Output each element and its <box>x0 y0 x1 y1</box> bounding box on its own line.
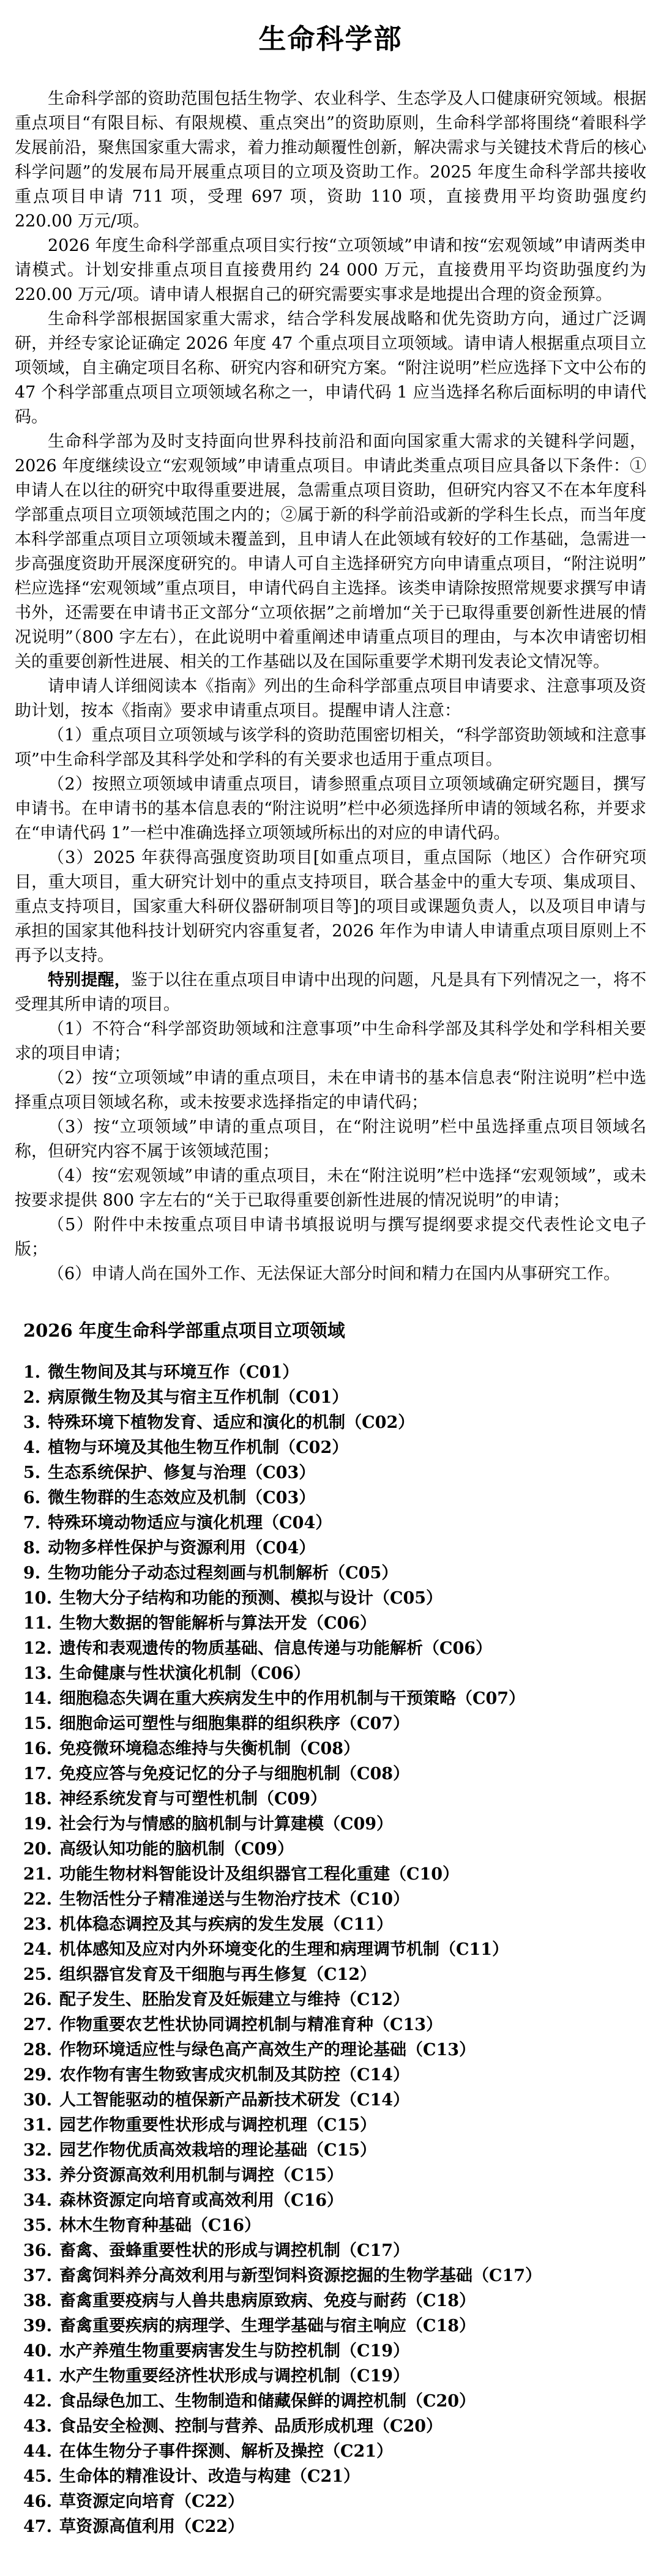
paragraph: （3）按“立项领域”申请的重点项目，在“附注说明”栏中虽选择重点项目领域名称，但… <box>15 1115 646 1164</box>
area-item: 4.植物与环境及其他生物互作机制（C02） <box>23 1435 646 1460</box>
area-label: 高级认知功能的脑机制（C09） <box>59 1840 294 1859</box>
area-number: 19. <box>23 1815 52 1834</box>
paragraph-text: （3）2025 年获得高强度资助项目[如重点项目，重点国际（地区）合作研究项目，… <box>15 848 646 965</box>
area-item: 10.生物大分子结构和功能的预测、模拟与设计（C05） <box>23 1586 646 1611</box>
area-number: 9. <box>23 1564 40 1583</box>
area-item: 15.细胞命运可塑性与细胞集群的组织秩序（C07） <box>23 1711 646 1736</box>
area-label: 生命健康与性状演化机制（C06） <box>59 1664 310 1683</box>
paragraph-text: （2）按照立项领域申请重点项目，请参照重点项目立项领域确定研究题目，撰写申请书。… <box>15 775 646 843</box>
area-label: 生命体的精准设计、改造与构建（C21） <box>59 2467 360 2486</box>
area-number: 13. <box>23 1664 52 1683</box>
area-item: 11.生物大数据的智能解析与算法开发（C06） <box>23 1611 646 1636</box>
paragraph: 2026 年度生命科学部重点项目实行按“立项领域”申请和按“宏观领域”申请两类申… <box>15 234 646 307</box>
area-label: 畜禽重要疾病的病理学、生理学基础与宿主响应（C18） <box>59 2317 476 2335</box>
area-label: 作物环境适应性与绿色高产高效生产的理论基础（C13） <box>59 2040 476 2059</box>
area-item: 20.高级认知功能的脑机制（C09） <box>23 1837 646 1862</box>
area-list: 1.微生物间及其与环境互作（C01） 2.病原微生物及其与宿主互作机制（C01）… <box>15 1360 646 2539</box>
area-number: 27. <box>23 2015 52 2034</box>
paragraph: （2）按照立项领域申请重点项目，请参照重点项目立项领域确定研究题目，撰写申请书。… <box>15 772 646 846</box>
area-label: 病原微生物及其与宿主互作机制（C01） <box>48 1388 348 1407</box>
area-item: 33.养分资源高效利用机制与调控（C15） <box>23 2163 646 2188</box>
area-number: 25. <box>23 1965 52 1984</box>
area-number: 23. <box>23 1915 52 1934</box>
area-item: 22.生物活性分子精准递送与生物治疗技术（C10） <box>23 1887 646 1912</box>
area-item: 24.机体感知及应对内外环境变化的生理和病理调节机制（C11） <box>23 1937 646 1962</box>
area-label: 机体稳态调控及其与疾病的发生发展（C11） <box>59 1915 393 1934</box>
area-label: 园艺作物优质高效栽培的理论基础（C15） <box>59 2141 376 2160</box>
area-number: 46. <box>23 2492 52 2511</box>
area-item: 18.神经系统发育与可塑性机制（C09） <box>23 1786 646 1812</box>
area-number: 18. <box>23 1790 52 1809</box>
area-item: 6.微生物群的生态效应及机制（C03） <box>23 1485 646 1510</box>
area-number: 12. <box>23 1639 52 1658</box>
paragraph-bold-lead: 特别提醒， <box>48 971 131 990</box>
area-item: 32.园艺作物优质高效栽培的理论基础（C15） <box>23 2138 646 2163</box>
paragraph: （2）按“立项领域”申请的重点项目，未在申请书的基本信息表“附注说明”栏中选择重… <box>15 1066 646 1115</box>
area-number: 44. <box>23 2442 52 2461</box>
area-label: 社会行为与情感的脑机制与计算建模（C09） <box>59 1815 393 1834</box>
area-label: 免疫微环境稳态维持与失衡机制（C08） <box>59 1739 360 1758</box>
paragraph-text: 2026 年度生命科学部重点项目实行按“立项领域”申请和按“宏观领域”申请两类申… <box>15 236 646 304</box>
area-number: 29. <box>23 2066 52 2085</box>
area-label: 畜禽饲料养分高效利用与新型饲料资源挖掘的生物学基础（C17） <box>59 2266 542 2285</box>
paragraph: （6）申请人尚在国外工作、无法保证大部分时间和精力在国内从事研究工作。 <box>15 1262 646 1286</box>
area-label: 微生物群的生态效应及机制（C03） <box>48 1488 315 1507</box>
paragraph-text: （1）重点项目立项领域与该学科的资助范围密切相关，“科学部资助领域和注意事项”中… <box>15 726 646 769</box>
area-item: 27.作物重要农艺性状协同调控机制与精准育种（C13） <box>23 2012 646 2037</box>
area-number: 17. <box>23 1764 52 1783</box>
paragraph-text: 生命科学部根据国家重大需求，结合学科发展战略和优先资助方向，通过广泛调研，并经专… <box>15 310 646 427</box>
area-number: 26. <box>23 1990 52 2009</box>
area-number: 6. <box>23 1488 40 1507</box>
area-item: 16.免疫微环境稳态维持与失衡机制（C08） <box>23 1736 646 1761</box>
area-number: 43. <box>23 2417 52 2436</box>
area-item: 21.功能生物材料智能设计及组织器官工程化重建（C10） <box>23 1862 646 1887</box>
area-label: 农作物有害生物致害成灾机制及其防控（C14） <box>59 2066 409 2085</box>
area-number: 14. <box>23 1689 52 1708</box>
paragraph: 特别提醒，鉴于以往在重点项目申请中出现的问题，凡是具有下列情况之一，将不受理其所… <box>15 968 646 1017</box>
area-item: 8.动物多样性保护与资源利用（C04） <box>23 1536 646 1561</box>
area-label: 动物多样性保护与资源利用（C04） <box>48 1539 315 1558</box>
area-number: 7. <box>23 1514 40 1533</box>
area-number: 10. <box>23 1589 52 1608</box>
area-label: 功能生物材料智能设计及组织器官工程化重建（C10） <box>59 1865 459 1884</box>
area-label: 遗传和表观遗传的物质基础、信息传递与功能解析（C06） <box>59 1639 492 1658</box>
paragraph: 生命科学部的资助范围包括生物学、农业科学、生态学及人口健康研究领域。根据重点项目… <box>15 87 646 234</box>
area-number: 4. <box>23 1438 40 1457</box>
paragraph-text: （3）按“立项领域”申请的重点项目，在“附注说明”栏中虽选择重点项目领域名称，但… <box>15 1118 646 1161</box>
area-number: 45. <box>23 2467 52 2486</box>
area-label: 配子发生、胚胎发育及妊娠建立与维持（C12） <box>59 1990 409 2009</box>
area-item: 25.组织器官发育及干细胞与再生修复（C12） <box>23 1962 646 1987</box>
area-item: 7.特殊环境动物适应与演化机理（C04） <box>23 1510 646 1536</box>
area-item: 44.在体生物分子事件探测、解析及操控（C21） <box>23 2439 646 2464</box>
paragraph: （3）2025 年获得高强度资助项目[如重点项目，重点国际（地区）合作研究项目，… <box>15 846 646 968</box>
area-item: 9.生物功能分子动态过程刻画与机制解析（C05） <box>23 1561 646 1586</box>
area-number: 11. <box>23 1614 52 1633</box>
area-label: 森林资源定向培育或高效利用（C16） <box>59 2191 343 2210</box>
paragraph: （1）重点项目立项领域与该学科的资助范围密切相关，“科学部资助领域和注意事项”中… <box>15 723 646 772</box>
paragraph: 生命科学部根据国家重大需求，结合学科发展战略和优先资助方向，通过广泛调研，并经专… <box>15 307 646 430</box>
paragraph-text: （5）附件中未按重点项目申请书填报说明与撰写提纲要求提交代表性论文电子版； <box>15 1215 646 1259</box>
area-label: 特殊环境动物适应与演化机理（C04） <box>48 1514 332 1533</box>
section-heading: 2026 年度生命科学部重点项目立项领域 <box>23 1320 646 1343</box>
area-number: 32. <box>23 2141 52 2160</box>
page-title: 生命科学部 <box>15 22 646 56</box>
area-item: 31.园艺作物重要性状形成与调控机理（C15） <box>23 2113 646 2138</box>
area-number: 20. <box>23 1840 52 1859</box>
area-number: 8. <box>23 1539 40 1558</box>
area-item: 43.食品安全检测、控制与营养、品质形成机理（C20） <box>23 2414 646 2439</box>
area-item: 41.水产生物重要经济性状形成与调控机制（C19） <box>23 2364 646 2389</box>
area-label: 养分资源高效利用机制与调控（C15） <box>59 2166 343 2185</box>
area-number: 30. <box>23 2091 52 2110</box>
document-page: 生命科学部 生命科学部的资助范围包括生物学、农业科学、生态学及人口健康研究领域。… <box>0 0 661 2576</box>
area-item: 29.农作物有害生物致害成灾机制及其防控（C14） <box>23 2063 646 2088</box>
area-label: 食品绿色加工、生物制造和储藏保鲜的调控机制（C20） <box>59 2392 476 2411</box>
area-number: 24. <box>23 1940 52 1959</box>
area-item: 45.生命体的精准设计、改造与构建（C21） <box>23 2464 646 2489</box>
area-item: 13.生命健康与性状演化机制（C06） <box>23 1661 646 1686</box>
area-item: 35.林木生物育种基础（C16） <box>23 2213 646 2238</box>
area-number: 28. <box>23 2040 52 2059</box>
area-label: 植物与环境及其他生物互作机制（C02） <box>48 1438 348 1457</box>
area-item: 12.遗传和表观遗传的物质基础、信息传递与功能解析（C06） <box>23 1636 646 1661</box>
paragraph: （1）不符合“科学部资助领域和注意事项”中生命科学部及其科学处和学科相关要求的项… <box>15 1017 646 1066</box>
area-number: 31. <box>23 2116 52 2135</box>
area-label: 生物功能分子动态过程刻画与机制解析（C05） <box>48 1564 398 1583</box>
area-label: 园艺作物重要性状形成与调控机理（C15） <box>59 2116 376 2135</box>
area-item: 38.畜禽重要疫病与人兽共患病原致病、免疫与耐药（C18） <box>23 2288 646 2313</box>
area-label: 食品安全检测、控制与营养、品质形成机理（C20） <box>59 2417 443 2436</box>
area-item: 42.食品绿色加工、生物制造和储藏保鲜的调控机制（C20） <box>23 2389 646 2414</box>
area-label: 生态系统保护、修复与治理（C03） <box>48 1463 315 1482</box>
area-number: 21. <box>23 1865 52 1884</box>
area-label: 生物活性分子精准递送与生物治疗技术（C10） <box>59 1890 409 1909</box>
paragraph: （5）附件中未按重点项目申请书填报说明与撰写提纲要求提交代表性论文电子版； <box>15 1213 646 1262</box>
area-item: 1.微生物间及其与环境互作（C01） <box>23 1360 646 1385</box>
area-label: 细胞命运可塑性与细胞集群的组织秩序（C07） <box>59 1714 409 1733</box>
area-label: 组织器官发育及干细胞与再生修复（C12） <box>59 1965 376 1984</box>
area-item: 46.草资源定向培育（C22） <box>23 2489 646 2514</box>
area-number: 15. <box>23 1714 52 1733</box>
area-number: 22. <box>23 1890 52 1909</box>
area-label: 免疫应答与免疫记忆的分子与细胞机制（C08） <box>59 1764 409 1783</box>
area-label: 畜禽、蚕蜂重要性状的形成与调控机制（C17） <box>59 2241 409 2260</box>
area-item: 37.畜禽饲料养分高效利用与新型饲料资源挖掘的生物学基础（C17） <box>23 2263 646 2288</box>
area-label: 特殊环境下植物发育、适应和演化的机制（C02） <box>48 1413 414 1432</box>
area-item: 39.畜禽重要疾病的病理学、生理学基础与宿主响应（C18） <box>23 2313 646 2339</box>
area-label: 生物大数据的智能解析与算法开发（C06） <box>59 1614 376 1633</box>
area-label: 在体生物分子事件探测、解析及操控（C21） <box>59 2442 393 2461</box>
area-number: 34. <box>23 2191 52 2210</box>
area-item: 17.免疫应答与免疫记忆的分子与细胞机制（C08） <box>23 1761 646 1786</box>
paragraph-text: 生命科学部为及时支持面向世界科技前沿和面向国家重大需求的关键科学问题，2026 … <box>15 432 646 671</box>
area-label: 机体感知及应对内外环境变化的生理和病理调节机制（C11） <box>59 1940 509 1959</box>
paragraph-block: 生命科学部的资助范围包括生物学、农业科学、生态学及人口健康研究领域。根据重点项目… <box>15 87 646 1286</box>
area-number: 38. <box>23 2291 52 2310</box>
area-number: 1. <box>23 1363 40 1382</box>
paragraph-text: 请申请人详细阅读本《指南》列出的生命科学部重点项目申请要求、注意事项及资助计划，… <box>15 677 646 720</box>
area-number: 5. <box>23 1463 40 1482</box>
area-number: 42. <box>23 2392 52 2411</box>
area-item: 34.森林资源定向培育或高效利用（C16） <box>23 2188 646 2213</box>
area-number: 33. <box>23 2166 52 2185</box>
area-item: 3.特殊环境下植物发育、适应和演化的机制（C02） <box>23 1410 646 1435</box>
area-number: 41. <box>23 2367 52 2386</box>
area-item: 14.细胞稳态失调在重大疾病发生中的作用机制与干预策略（C07） <box>23 1686 646 1711</box>
area-item: 23.机体稳态调控及其与疾病的发生发展（C11） <box>23 1912 646 1937</box>
area-number: 16. <box>23 1739 52 1758</box>
area-label: 神经系统发育与可塑性机制（C09） <box>59 1790 327 1809</box>
area-item: 36.畜禽、蚕蜂重要性状的形成与调控机制（C17） <box>23 2238 646 2263</box>
area-number: 2. <box>23 1388 40 1407</box>
area-number: 36. <box>23 2241 52 2260</box>
paragraph-text: 生命科学部的资助范围包括生物学、农业科学、生态学及人口健康研究领域。根据重点项目… <box>15 89 646 231</box>
area-item: 19.社会行为与情感的脑机制与计算建模（C09） <box>23 1812 646 1837</box>
paragraph-text: （1）不符合“科学部资助领域和注意事项”中生命科学部及其科学处和学科相关要求的项… <box>15 1020 646 1063</box>
area-label: 草资源高值利用（C22） <box>59 2517 244 2536</box>
area-label: 草资源定向培育（C22） <box>59 2492 244 2511</box>
area-item: 2.病原微生物及其与宿主互作机制（C01） <box>23 1385 646 1410</box>
area-item: 5.生态系统保护、修复与治理（C03） <box>23 1460 646 1485</box>
area-item: 26.配子发生、胚胎发育及妊娠建立与维持（C12） <box>23 1987 646 2012</box>
area-item: 30.人工智能驱动的植保新产品新技术研发（C14） <box>23 2088 646 2113</box>
area-number: 39. <box>23 2317 52 2335</box>
area-number: 37. <box>23 2266 52 2285</box>
area-label: 作物重要农艺性状协同调控机制与精准育种（C13） <box>59 2015 443 2034</box>
area-number: 3. <box>23 1413 40 1432</box>
area-label: 人工智能驱动的植保新产品新技术研发（C14） <box>59 2091 409 2110</box>
area-label: 林木生物育种基础（C16） <box>59 2216 261 2235</box>
area-number: 40. <box>23 2342 52 2361</box>
area-number: 47. <box>23 2517 52 2536</box>
area-label: 畜禽重要疫病与人兽共患病原致病、免疫与耐药（C18） <box>59 2291 476 2310</box>
area-item: 47.草资源高值利用（C22） <box>23 2514 646 2539</box>
area-label: 水产养殖生物重要病害发生与防控机制（C19） <box>59 2342 409 2361</box>
paragraph-text: （6）申请人尚在国外工作、无法保证大部分时间和精力在国内从事研究工作。 <box>48 1264 620 1283</box>
area-label: 生物大分子结构和功能的预测、模拟与设计（C05） <box>59 1589 443 1608</box>
area-label: 水产生物重要经济性状形成与调控机制（C19） <box>59 2367 409 2386</box>
area-label: 微生物间及其与环境互作（C01） <box>48 1363 299 1382</box>
paragraph: （4）按“宏观领域”申请的重点项目，未在“附注说明”栏中选择“宏观领域”，或未按… <box>15 1164 646 1213</box>
paragraph-text: （2）按“立项领域”申请的重点项目，未在申请书的基本信息表“附注说明”栏中选择重… <box>15 1069 646 1112</box>
area-label: 细胞稳态失调在重大疾病发生中的作用机制与干预策略（C07） <box>59 1689 525 1708</box>
area-item: 40.水产养殖生物重要病害发生与防控机制（C19） <box>23 2339 646 2364</box>
area-item: 28.作物环境适应性与绿色高产高效生产的理论基础（C13） <box>23 2037 646 2063</box>
paragraph-text: （4）按“宏观领域”申请的重点项目，未在“附注说明”栏中选择“宏观领域”，或未按… <box>15 1167 646 1210</box>
paragraph: 生命科学部为及时支持面向世界科技前沿和面向国家重大需求的关键科学问题，2026 … <box>15 430 646 674</box>
paragraph: 请申请人详细阅读本《指南》列出的生命科学部重点项目申请要求、注意事项及资助计划，… <box>15 674 646 723</box>
area-number: 35. <box>23 2216 52 2235</box>
